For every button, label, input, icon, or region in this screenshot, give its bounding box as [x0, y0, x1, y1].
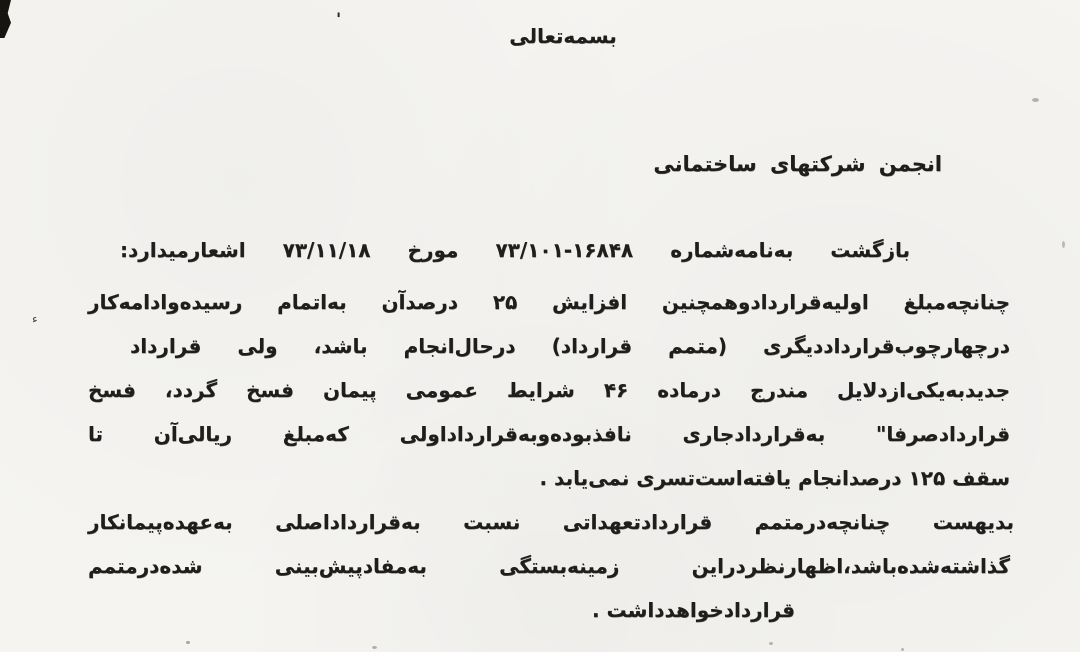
body-line: قراردادصرفا" به‌قراردادجاری نافذبوده‌وبه… [88, 412, 1010, 456]
body-line: سقف ۱۲۵ درصدانجام یافته‌است‌تسری نمی‌یاب… [88, 456, 1010, 500]
scanned-letter-page: بسمه‌تعالی انجمن شرکتهای ساختمانی بازگشت… [0, 0, 1080, 652]
scan-artifact-dot [769, 642, 773, 645]
scan-artifact-dot [186, 641, 190, 644]
scan-artifact-smudge [1032, 98, 1039, 102]
scan-artifact-mark: ء [32, 312, 38, 326]
body-line: درچهارچوب‌قرارداددیگری (متمم قرارداد) در… [88, 324, 1010, 368]
scan-artifact-smudge [1062, 241, 1065, 248]
body-line: چنانچه‌مبلغ اولیه‌قراردادوهمچنین افزایش … [88, 280, 1010, 324]
reference-line: بازگشت به‌نامه‌شماره ۱۶۸۴۸-۷۳/۱۰۱ مورخ ۷… [88, 228, 1010, 272]
scan-artifact-dot [901, 648, 904, 651]
body-line: گذاشته‌شده‌باشد،اظهارنظردراین زمینه‌بستگ… [88, 544, 1010, 588]
scan-artifact-dot [372, 646, 377, 649]
letter-body: بازگشت به‌نامه‌شماره ۱۶۸۴۸-۷۳/۱۰۱ مورخ ۷… [88, 228, 1010, 632]
scan-artifact-blob [0, 0, 11, 38]
closing-line: قراردادخواهدداشت . [88, 588, 1010, 632]
bismillah-header: بسمه‌تعالی [509, 24, 616, 48]
scan-artifact-tick: ' [336, 10, 341, 30]
recipient-line: انجمن شرکتهای ساختمانی [653, 152, 942, 176]
body-line: جدیدبه‌یکی‌ازدلایل مندرج درماده ۴۶ شرایط… [88, 368, 1010, 412]
body-line: بدیهست چنانچه‌درمتمم قراردادتعهداتی نسبت… [88, 500, 1014, 544]
